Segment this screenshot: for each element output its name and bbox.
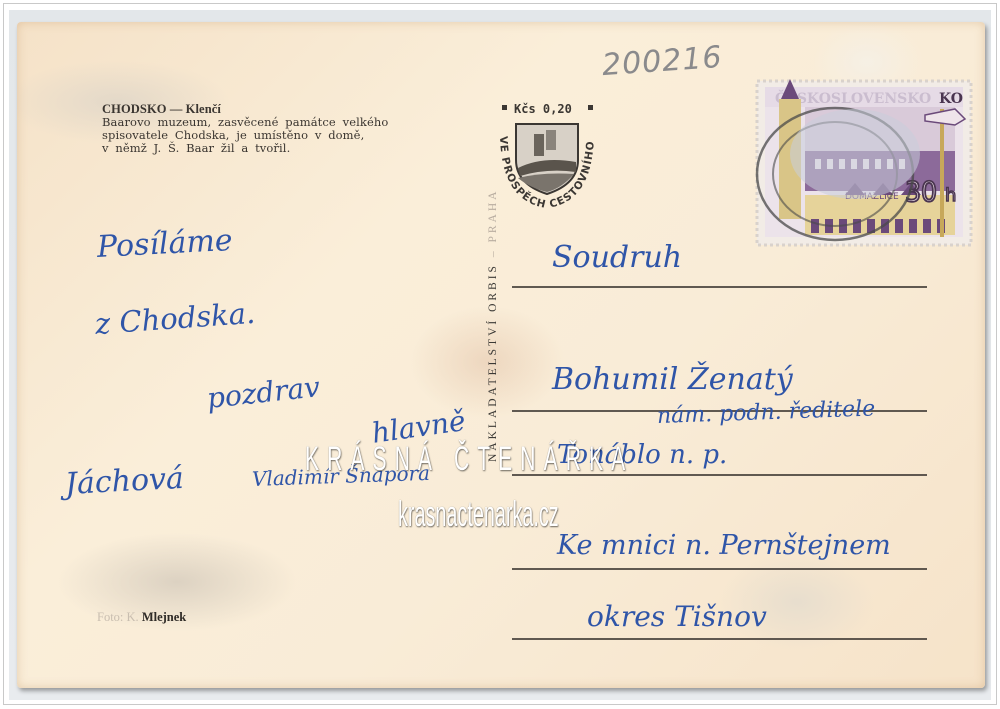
address-line xyxy=(512,568,927,570)
address-line xyxy=(512,638,927,640)
address-text: Bohumil Ženatý xyxy=(552,362,793,397)
message-line: Posíláme xyxy=(96,223,233,265)
message-line: Jáchová xyxy=(64,461,185,502)
cachet-value: Kčs 0,20 xyxy=(514,102,572,116)
photographer-credit: Foto: K. Mlejnek xyxy=(97,610,186,625)
printed-caption: CHODSKO — Klenčí Baarovo muzeum, zasvěce… xyxy=(102,103,388,155)
photographer-faded: Foto: K. xyxy=(97,610,142,624)
message-line: z Chodska. xyxy=(94,296,256,341)
postcard: CHODSKO — Klenčí Baarovo muzeum, zasvěce… xyxy=(17,22,985,688)
photographer-name: Mlejnek xyxy=(142,610,186,624)
svg-text:KO: KO xyxy=(939,91,963,107)
caption-line: v němž J. Š. Baar žil a tvořil. xyxy=(102,142,388,155)
message-line: pozdrav xyxy=(205,370,321,415)
archive-number: 200216 xyxy=(601,40,724,83)
address-text: Soudruh xyxy=(552,240,682,275)
address-text: nám. podn. ředitele xyxy=(657,396,876,429)
publisher-name: NAKLADATELSTVÍ ORBIS xyxy=(487,263,499,462)
address-line xyxy=(512,286,927,288)
watermark-title: KRÁSNÁ ČTENÁŘKA xyxy=(305,440,633,479)
stamp-unit: h xyxy=(945,185,956,206)
cachet-stamp-icon: Kčs 0,20 VE PROSPĚCH CESTOVNÍHO RUCHU xyxy=(482,102,612,217)
address-text: okres Tišnov xyxy=(587,600,767,633)
address-text: Ke mnici n. Pernštejnem xyxy=(557,530,891,561)
watermark-url: krasnactenarka.cz xyxy=(398,493,559,535)
publisher-imprint: NAKLADATELSTVÍ ORBIS – PRAHA xyxy=(487,82,499,462)
publisher-city: PRAHA xyxy=(487,189,499,243)
postage-stamp-icon: ČESKOSLOVENSKO KO DOMAŽLICE 30 h xyxy=(755,79,973,247)
